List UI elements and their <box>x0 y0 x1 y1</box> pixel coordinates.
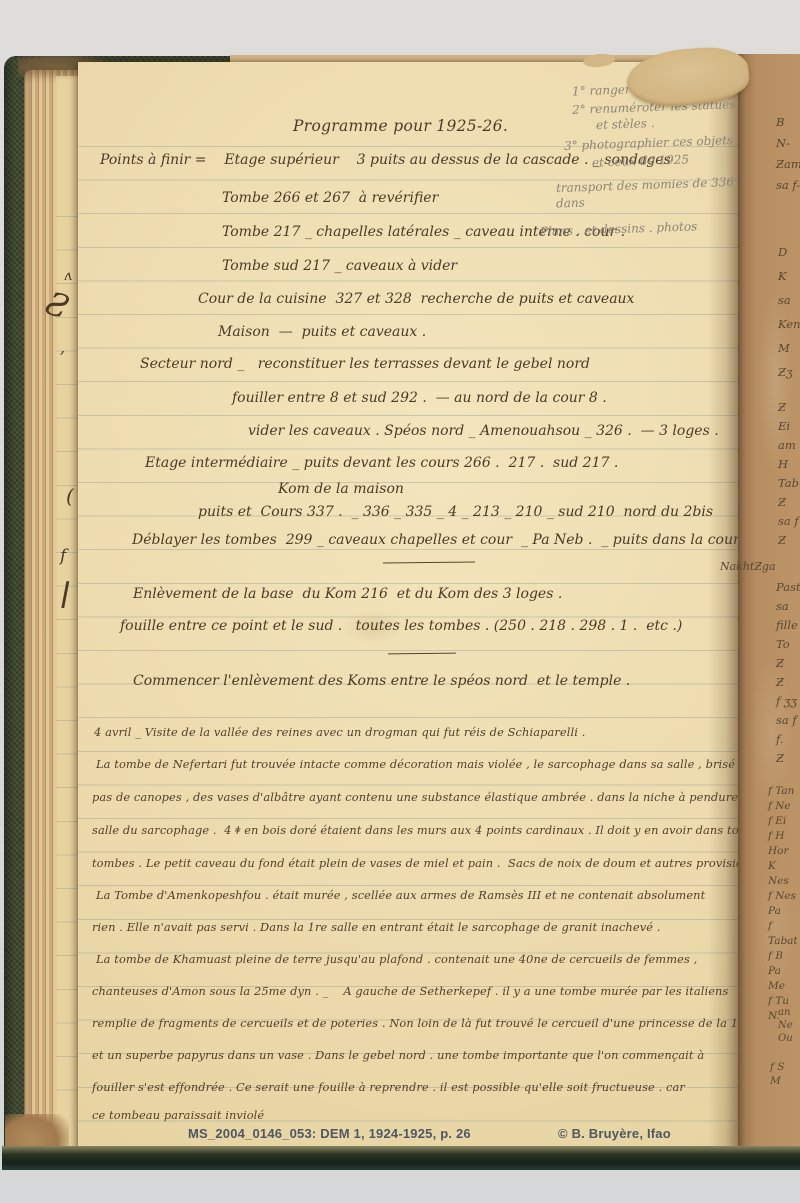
margin-ink-mark: f <box>60 546 66 566</box>
margin-ink-mark: ʌ <box>64 268 72 284</box>
manuscript-page: Programme pour 1925-26. Points à finir =… <box>78 62 738 1152</box>
program-line: Tombe 266 et 267 à revérifier <box>222 190 438 206</box>
program-line: vider les caveaux . Spéos nord _ Amenoua… <box>248 423 719 439</box>
program-line: Kom de la maison <box>278 481 404 497</box>
program-line: Déblayer les tombes 299 _ caveaux chapel… <box>132 532 738 548</box>
facing-page-text-fragment: Ƶ Ei am H Tab Ƶ sa f Ƶ <box>778 398 799 550</box>
journal-line: La Tombe d'Amenkopeshfou . était murée ,… <box>96 889 705 902</box>
facing-page-text-fragment: D K sa Ken M Ƶʒ <box>778 240 800 384</box>
journal-line: salle du sarcophage . 4 ǂ en bois doré é… <box>92 824 738 837</box>
facing-page-overhang-text: NakhtƵga <box>720 556 776 577</box>
program-line: Secteur nord _ reconstituer les terrasse… <box>140 356 590 372</box>
journal-line: La tombe de Nefertari fut trouvée intact… <box>96 758 738 771</box>
journal-line: tombes . Le petit caveau du fond était p… <box>92 857 738 870</box>
margin-ink-mark: ǀ <box>60 576 71 617</box>
program-line: Enlèvement de la base du Kom 216 et du K… <box>133 586 562 602</box>
journal-line: et un superbe papyrus dans un vase . Dan… <box>92 1049 704 1062</box>
program-line: Tombe sud 217 _ caveaux à vider <box>222 258 457 274</box>
journal-line: remplie de fragments de cercueils et de … <box>92 1017 738 1030</box>
program-line: Commencer l'enlèvement des Koms entre le… <box>133 673 630 689</box>
program-line: fouiller entre 8 et sud 292 . — au nord … <box>232 390 607 406</box>
program-line: Cour de la cuisine 327 et 328 recherche … <box>198 291 634 307</box>
book-cover-bottom-edge <box>2 1146 800 1170</box>
program-line: Points à finir = Etage supérieur 3 puits… <box>100 152 671 168</box>
facing-page: B N- Ƶam sa f- D K sa Ken M Ƶʒ Ƶ Ei am H… <box>738 54 800 1150</box>
program-line: Etage intermédiaire _ puits devant les c… <box>145 455 618 471</box>
facing-page-text-fragment: B N- Ƶam sa f- <box>776 112 800 196</box>
journal-line: 4 avril _ Visite de la vallée des reines… <box>94 726 585 739</box>
facing-page-text-fragment: Past sa fille To Ƶ Ƶ f ʒʒ sa f f. Ƶ <box>776 578 800 768</box>
pencil-note: et stèles . <box>596 116 655 132</box>
program-line: puits et Cours 337 . _ 336 _ 335 _ 4 _ 2… <box>198 504 713 520</box>
journal-line: ce tombeau paraissait inviolé <box>92 1109 264 1122</box>
facing-page-text-fragment: f S M <box>770 1060 784 1088</box>
notebook-photo: B N- Ƶam sa f- D K sa Ken M Ƶʒ Ƶ Ei am H… <box>0 0 800 1203</box>
journal-line: pas de canopes , des vases d'albâtre aya… <box>92 791 738 804</box>
facing-page-text-fragment: an Ne Ou <box>778 1006 793 1045</box>
program-line: fouille entre ce point et le sud . toute… <box>120 618 682 634</box>
journal-line: chanteuses d'Amon sous la 25me dyn . _ A… <box>92 985 728 998</box>
journal-line: fouiller s'est effondrée . Ce serait une… <box>92 1081 685 1094</box>
journal-line: rien . Elle n'avait pas servi . Dans la … <box>92 921 661 934</box>
facing-page-text-fragment: f Tan f Ne f Ei f H Hor K Nes f Nes Pa f… <box>768 784 800 1024</box>
page-title: Programme pour 1925-26. <box>293 118 508 136</box>
margin-ink-mark: ( <box>66 484 74 508</box>
copyright-caption: © B. Bruyère, Ifao <box>558 1126 671 1141</box>
pencil-note: dans <box>556 196 585 211</box>
archival-reference-caption: MS_2004_0146_053: DEM 1, 1924-1925, p. 2… <box>188 1126 471 1141</box>
journal-line: La tombe de Khamuast pleine de terre jus… <box>96 953 697 966</box>
margin-ink-mark: , <box>60 338 65 357</box>
program-line: Maison — puits et caveaux . <box>218 324 426 340</box>
